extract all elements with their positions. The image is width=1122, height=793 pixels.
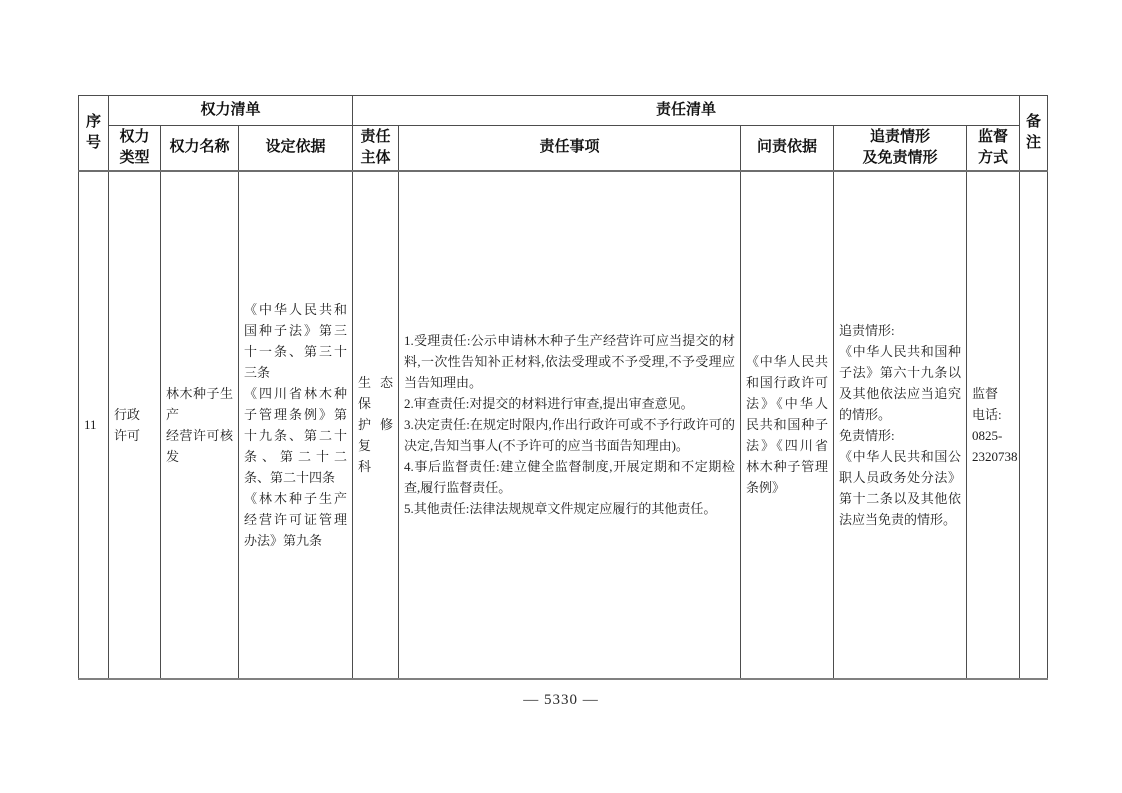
cell-accountability-basis: 《中华人民共和国行政许可法》《中华人民共和国种子法》《四川省林木种子管理条例》 [741, 171, 834, 679]
power-responsibility-table: 序 号 权力清单 责任清单 备 注 权力 类型 权力名称 设定依据 责任 主体 … [78, 95, 1048, 680]
header-supervision-method: 监督 方式 [967, 126, 1020, 171]
cell-accountability-circumstances: 追责情形: 《中华人民共和国种子法》第六十九条以及其他依法应当追究的情形。 免责… [834, 171, 967, 679]
table-header-columns-row: 权力 类型 权力名称 设定依据 责任 主体 责任事项 问责依据 追责情形 及免责… [79, 126, 1048, 171]
page-number: — 5330 — [0, 692, 1122, 709]
cell-remarks [1020, 171, 1048, 679]
header-power-list: 权力清单 [109, 96, 353, 126]
cell-responsibility-items: 1.受理责任:公示申请林木种子生产经营许可应当提交的材料,一次性告知补正材料,依… [399, 171, 741, 679]
header-serial-number: 序 号 [79, 96, 109, 171]
header-power-name: 权力名称 [161, 126, 239, 171]
document-page: 序 号 权力清单 责任清单 备 注 权力 类型 权力名称 设定依据 责任 主体 … [0, 0, 1122, 793]
cell-supervision-method: 监督 电话: 0825- 2320738 [967, 171, 1020, 679]
cell-power-type: 行政 许可 [109, 171, 161, 679]
header-power-type: 权力 类型 [109, 126, 161, 171]
header-responsibility-items: 责任事项 [399, 126, 741, 171]
cell-setting-basis: 《中华人民共和国种子法》第三十一条、第三十三条 《四川省林木种子管理条例》第十九… [239, 171, 353, 679]
header-accountability-basis: 问责依据 [741, 126, 834, 171]
header-setting-basis: 设定依据 [239, 126, 353, 171]
header-responsibility-list: 责任清单 [353, 96, 1020, 126]
header-remarks: 备 注 [1020, 96, 1048, 171]
cell-responsible-body: 生态保 护修复 科 [353, 171, 399, 679]
table-row: 11 行政 许可 林木种子生产 经营许可核发 《中华人民共和国种子法》第三十一条… [79, 171, 1048, 679]
header-responsible-body: 责任 主体 [353, 126, 399, 171]
cell-serial-number: 11 [79, 171, 109, 679]
table-header-group-row: 序 号 权力清单 责任清单 备 注 [79, 96, 1048, 126]
header-accountability-circumstances: 追责情形 及免责情形 [834, 126, 967, 171]
cell-power-name: 林木种子生产 经营许可核发 [161, 171, 239, 679]
